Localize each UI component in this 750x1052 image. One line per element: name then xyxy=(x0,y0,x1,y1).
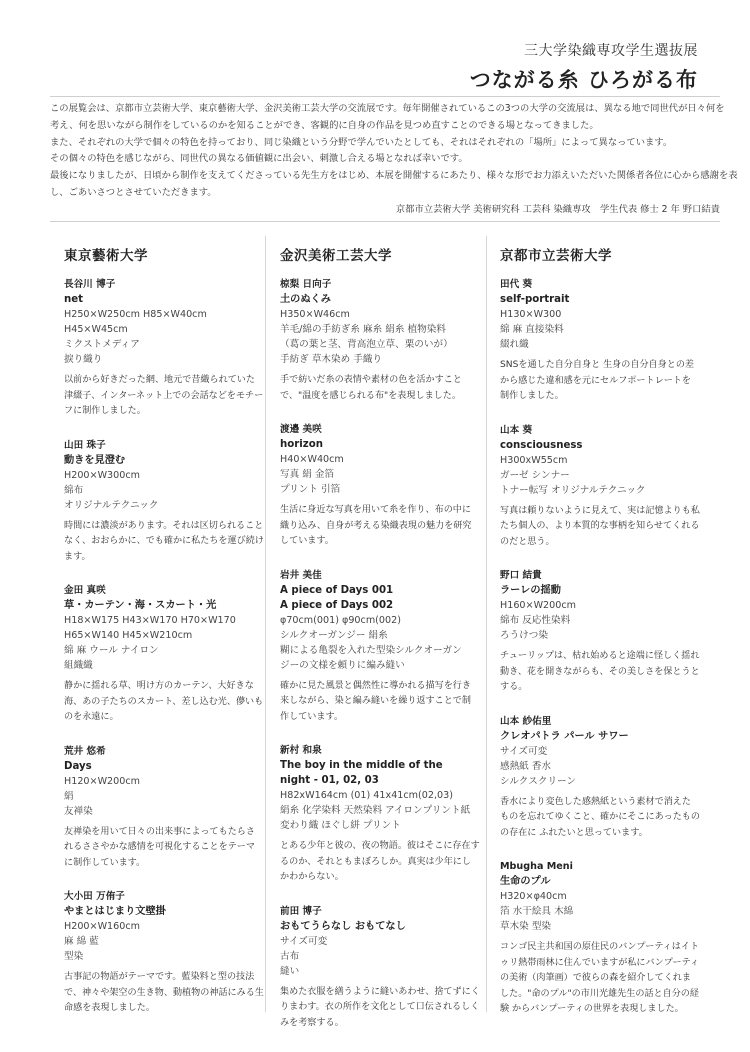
artist-name: 金田 真咲 xyxy=(64,583,264,598)
artwork-spec: H200×W160cm xyxy=(64,919,264,934)
intro-signature: 京都市立芸術大学 美術研究科 工芸科 染織専攻 学生代表 修士 2 年 野口結貴 xyxy=(50,202,720,219)
column-kyoto: 京都市立芸術大学 田代 葵self-portraitH130×W300綿 麻 直… xyxy=(500,244,700,1036)
artwork-spec: 型染 xyxy=(64,949,264,964)
artwork-title: 動きを見澄む xyxy=(64,453,264,468)
artwork-spec: 麻 綿 藍 xyxy=(64,934,264,949)
artwork-title: Days xyxy=(64,759,264,774)
artwork-description: 写真は頼りないように見えて、実は記憶よりも私たち個人の、より本質的な事柄を知らせ… xyxy=(500,504,700,551)
column-tokyo: 東京藝術大学 長谷川 博子netH250×W250cm H85×W40cmH45… xyxy=(64,244,264,1035)
artwork-spec: H350×W46cm xyxy=(280,307,480,322)
artwork-spec: 縫い xyxy=(280,964,480,979)
artwork-title: horizon xyxy=(280,437,480,452)
intro-line: 考え、何を思いながら制作をしているのかを知ることができ、客観的に自身の作品を見つ… xyxy=(50,118,720,135)
artwork-spec: 友禅染 xyxy=(64,804,264,819)
artwork-spec: 感熱紙 香水 xyxy=(500,759,700,774)
artwork-spec: 組織織 xyxy=(64,658,264,673)
intro-text: この展覧会は、京都市立芸術大学、東京藝術大学、金沢美術工芸大学の交流展です。毎年… xyxy=(50,101,720,219)
artwork-description: チューリップは、枯れ始めると途端に怪しく揺れ動き、花を開きながらも、その美しさを… xyxy=(500,649,700,696)
artwork-spec: H120×W200cm xyxy=(64,774,264,789)
artwork-spec: オリジナルテクニック xyxy=(64,498,264,513)
artwork-spec: H130×W300 xyxy=(500,307,700,322)
artwork-title: クレオパトラ パール サワー xyxy=(500,729,700,744)
artist-name: 山本 葵 xyxy=(500,423,700,438)
artwork-spec: 綿 麻 直接染料 xyxy=(500,322,700,337)
artist-name: 野口 結貴 xyxy=(500,568,700,583)
artwork-spec: ろうけつ染 xyxy=(500,628,700,643)
intro-line: また、それぞれの大学で個々の特色を持っており、同じ染織という分野で学んでいたとし… xyxy=(50,135,720,152)
artwork-title: consciousness xyxy=(500,438,700,453)
artwork-spec: 綿 麻 ウール ナイロン xyxy=(64,643,264,658)
artist-name: 渡邉 美咲 xyxy=(280,422,480,437)
artist-name: 岩井 美佳 xyxy=(280,568,480,583)
artwork-title: おもてうらなし おもてなし xyxy=(280,919,480,934)
artwork-description: 友禅染を用いて日々の出来事によってもたらされるささやかな感情を可視化することをテ… xyxy=(64,825,264,872)
artist-name: 前田 博子 xyxy=(280,904,480,919)
artwork-description: 確かに見た風景と偶然性に導かれる描写を行き来しながら、染と編み縫いを繰り返すこと… xyxy=(280,679,480,726)
artwork-spec: H160×W200cm xyxy=(500,598,700,613)
artwork-entry: 山田 珠子動きを見澄むH200×W300cm綿布オリジナルテクニック時間には濃淡… xyxy=(64,438,264,566)
artwork-spec: 絹糸 化学染料 天然染料 アイロンプリント紙 xyxy=(280,803,480,818)
artwork-title: The boy in the middle of the xyxy=(280,758,480,773)
intro-line: し、ごあいさつとさせていただきます。 xyxy=(50,185,720,202)
artwork-spec: シルクオーガンジー 絹糸 xyxy=(280,628,480,643)
artwork-spec: H300xW55cm xyxy=(500,453,700,468)
artist-name: Mbugha Meni xyxy=(500,859,700,874)
artwork-spec: （葛の葉と茎、背高泡立草、栗のいが） xyxy=(280,337,480,352)
artwork-entry: 前田 博子おもてうらなし おもてなしサイズ可変古布縫い集めた衣服を繕うように縫い… xyxy=(280,904,480,1032)
artwork-spec: 変わり織 ほぐし絣 プリント xyxy=(280,818,480,833)
artwork-entry: 田代 葵self-portraitH130×W300綿 麻 直接染料綴れ織SNS… xyxy=(500,277,700,405)
divider-top xyxy=(50,96,720,97)
works-list: 長谷川 博子netH250×W250cm H85×W40cmH45×W45cmミ… xyxy=(64,277,264,1017)
artwork-spec: 箔 水干絵具 木綿 xyxy=(500,904,700,919)
artwork-description: 静かに揺れる草、明け方のカーテン、大好きな海、あの子たちのスカート、差し込む光、… xyxy=(64,679,264,726)
artwork-spec: φ70cm(001) φ90cm(002) xyxy=(280,613,480,628)
artwork-spec: H40×W40cm xyxy=(280,452,480,467)
artwork-description: 時間には濃淡があります。それは区切られることなく、おおらかに、でも確かに私たちを… xyxy=(64,519,264,566)
artwork-title: 生命のプル xyxy=(500,874,700,889)
artwork-description: コンゴ民主共和国の原住民のバンプーティはイトゥリ熱帯雨林に住んでいますが私にバン… xyxy=(500,940,700,1018)
artwork-entry: 金田 真咲草・カーテン・海・スカート・光H18×W175 H43×W170 H7… xyxy=(64,583,264,726)
artwork-spec: サイズ可変 xyxy=(500,744,700,759)
artwork-title: net xyxy=(64,292,264,307)
artwork-spec: H250×W250cm H85×W40cm xyxy=(64,307,264,322)
intro-line: この展覧会は、京都市立芸術大学、東京藝術大学、金沢美術工芸大学の交流展です。毎年… xyxy=(50,101,720,118)
artwork-entry: 山本 葵consciousnessH300xW55cmガーゼ シンナートナー転写… xyxy=(500,423,700,551)
artwork-description: 手で紡いだ糸の表情や素材の色を活かすことで、"温度を感じられる布"を表現しました… xyxy=(280,373,480,404)
artist-name: 荒井 悠希 xyxy=(64,744,264,759)
artwork-spec: ミクストメディア xyxy=(64,337,264,352)
artwork-spec: サイズ可変 xyxy=(280,934,480,949)
university-heading: 金沢美術工芸大学 xyxy=(280,244,480,264)
artwork-title: やまとはじまり文壁掛 xyxy=(64,904,264,919)
column-divider xyxy=(265,236,266,1012)
artwork-spec: H18×W175 H43×W170 H70×W170 xyxy=(64,613,264,628)
artwork-spec: プリント 引箔 xyxy=(280,482,480,497)
university-heading: 東京藝術大学 xyxy=(64,244,264,264)
artwork-spec: 古布 xyxy=(280,949,480,964)
artwork-spec: H200×W300cm xyxy=(64,468,264,483)
artwork-title: A piece of Days 002 xyxy=(280,598,480,613)
artwork-spec: ガーゼ シンナー xyxy=(500,468,700,483)
artwork-entry: 長谷川 博子netH250×W250cm H85×W40cmH45×W45cmミ… xyxy=(64,277,264,420)
artwork-spec: 糊による亀裂を入れた型染シルクオーガン xyxy=(280,643,480,658)
artwork-spec: H45×W45cm xyxy=(64,322,264,337)
artwork-description: 以前から好きだった網、地元で昔織られていた津綴子、インターネット上での会話などを… xyxy=(64,373,264,420)
works-list: 田代 葵self-portraitH130×W300綿 麻 直接染料綴れ織SNS… xyxy=(500,277,700,1018)
artist-name: 長谷川 博子 xyxy=(64,277,264,292)
artwork-entry: 荒井 悠希DaysH120×W200cm絹友禅染友禅染を用いて日々の出来事によっ… xyxy=(64,744,264,872)
artwork-description: 集めた衣服を繕うように縫いあわせ、捨てずにくりまわす。衣の所作を文化として口伝さ… xyxy=(280,985,480,1032)
column-divider xyxy=(486,236,487,1012)
artwork-entry: 渡邉 美咲horizonH40×W40cm写真 絹 金箔プリント 引箔生活に身近… xyxy=(280,422,480,550)
artwork-spec: H65×W140 H45×W210cm xyxy=(64,628,264,643)
works-list: 椋梨 日向子土のぬくみH350×W46cm羊毛/綿の手紡ぎ糸 麻糸 絹糸 植物染… xyxy=(280,277,480,1031)
artwork-description: 生活に身近な写真を用いて糸を作り、布の中に織り込み、自身が考える染織表現の魅力を… xyxy=(280,503,480,550)
artist-name: 田代 葵 xyxy=(500,277,700,292)
university-heading: 京都市立芸術大学 xyxy=(500,244,700,264)
page-header: 三大学染織専攻学生選抜展 つながる糸 ひろがる布 xyxy=(470,40,698,94)
artwork-entry: 岩井 美佳A piece of Days 001A piece of Days … xyxy=(280,568,480,726)
artwork-description: 古事記の物語がテーマです。藍染料と型の技法で、神々や架空の生き物、動植物の神話に… xyxy=(64,970,264,1017)
artist-name: 山本 紗佑里 xyxy=(500,714,700,729)
column-kanazawa: 金沢美術工芸大学 椋梨 日向子土のぬくみH350×W46cm羊毛/綿の手紡ぎ糸 … xyxy=(280,244,480,1049)
artwork-spec: 羊毛/綿の手紡ぎ糸 麻糸 絹糸 植物染料 xyxy=(280,322,480,337)
artwork-spec: 綴れ織 xyxy=(500,337,700,352)
artwork-description: 香水により変色した感熱紙という素材で消えたものを忘れてゆくこと、確かにそこにあっ… xyxy=(500,795,700,842)
intro-line: 最後になりましたが、日頃から制作を支えてくださっている先生方をはじめ、本展を開催… xyxy=(50,168,720,185)
artwork-entry: 野口 結貴ラーレの揺動H160×W200cm綿布 反応性染料ろうけつ染チューリッ… xyxy=(500,568,700,696)
artwork-title: A piece of Days 001 xyxy=(280,583,480,598)
exhibition-subtitle: 三大学染織専攻学生選抜展 xyxy=(470,40,698,60)
artwork-entry: 椋梨 日向子土のぬくみH350×W46cm羊毛/綿の手紡ぎ糸 麻糸 絹糸 植物染… xyxy=(280,277,480,404)
artwork-spec: 捩り織り xyxy=(64,352,264,367)
artwork-spec: H82xW164cm (01) 41x41cm(02,03) xyxy=(280,788,480,803)
artist-name: 新村 和泉 xyxy=(280,743,480,758)
artist-name: 大小田 万侑子 xyxy=(64,889,264,904)
artwork-spec: 写真 絹 金箔 xyxy=(280,467,480,482)
artwork-spec: 草木染 型染 xyxy=(500,919,700,934)
artwork-title: 土のぬくみ xyxy=(280,292,480,307)
artist-name: 山田 珠子 xyxy=(64,438,264,453)
artwork-title: night - 01, 02, 03 xyxy=(280,773,480,788)
artwork-spec: シルクスクリーン xyxy=(500,774,700,789)
artwork-spec: 絹 xyxy=(64,789,264,804)
intro-line: その個々の特色を感じながら、同世代の異なる価値観に出会い、刺激し合える場となれば… xyxy=(50,151,720,168)
artwork-entry: 新村 和泉The boy in the middle of thenight -… xyxy=(280,743,480,886)
artwork-spec: トナー転写 オリジナルテクニック xyxy=(500,483,700,498)
artwork-spec: 綿布 反応性染料 xyxy=(500,613,700,628)
artwork-title: 草・カーテン・海・スカート・光 xyxy=(64,598,264,613)
artwork-title: ラーレの揺動 xyxy=(500,583,700,598)
artwork-spec: 綿布 xyxy=(64,483,264,498)
divider-bottom xyxy=(50,221,720,222)
artwork-entry: Mbugha Meni生命のプルH320×φ40cm箔 水干絵具 木綿草木染 型… xyxy=(500,859,700,1018)
exhibition-title: つながる糸 ひろがる布 xyxy=(470,64,698,94)
artwork-title: self-portrait xyxy=(500,292,700,307)
artwork-description: とある少年と彼の、夜の物語。彼はそこに存在するのか、それともまぼろしか。真実は少… xyxy=(280,839,480,886)
artwork-spec: H320×φ40cm xyxy=(500,889,700,904)
artwork-entry: 大小田 万侑子やまとはじまり文壁掛H200×W160cm麻 綿 藍型染古事記の物… xyxy=(64,889,264,1017)
artwork-spec: 手紡ぎ 草木染め 手織り xyxy=(280,352,480,367)
artwork-description: SNSを通した自分自身と 生身の自分自身との差から感じた違和感を元にセルフポート… xyxy=(500,358,700,405)
artwork-entry: 山本 紗佑里クレオパトラ パール サワーサイズ可変感熱紙 香水シルクスクリーン香… xyxy=(500,714,700,842)
artwork-spec: ジーの文様を頼りに編み縫い xyxy=(280,658,480,673)
artist-name: 椋梨 日向子 xyxy=(280,277,480,292)
